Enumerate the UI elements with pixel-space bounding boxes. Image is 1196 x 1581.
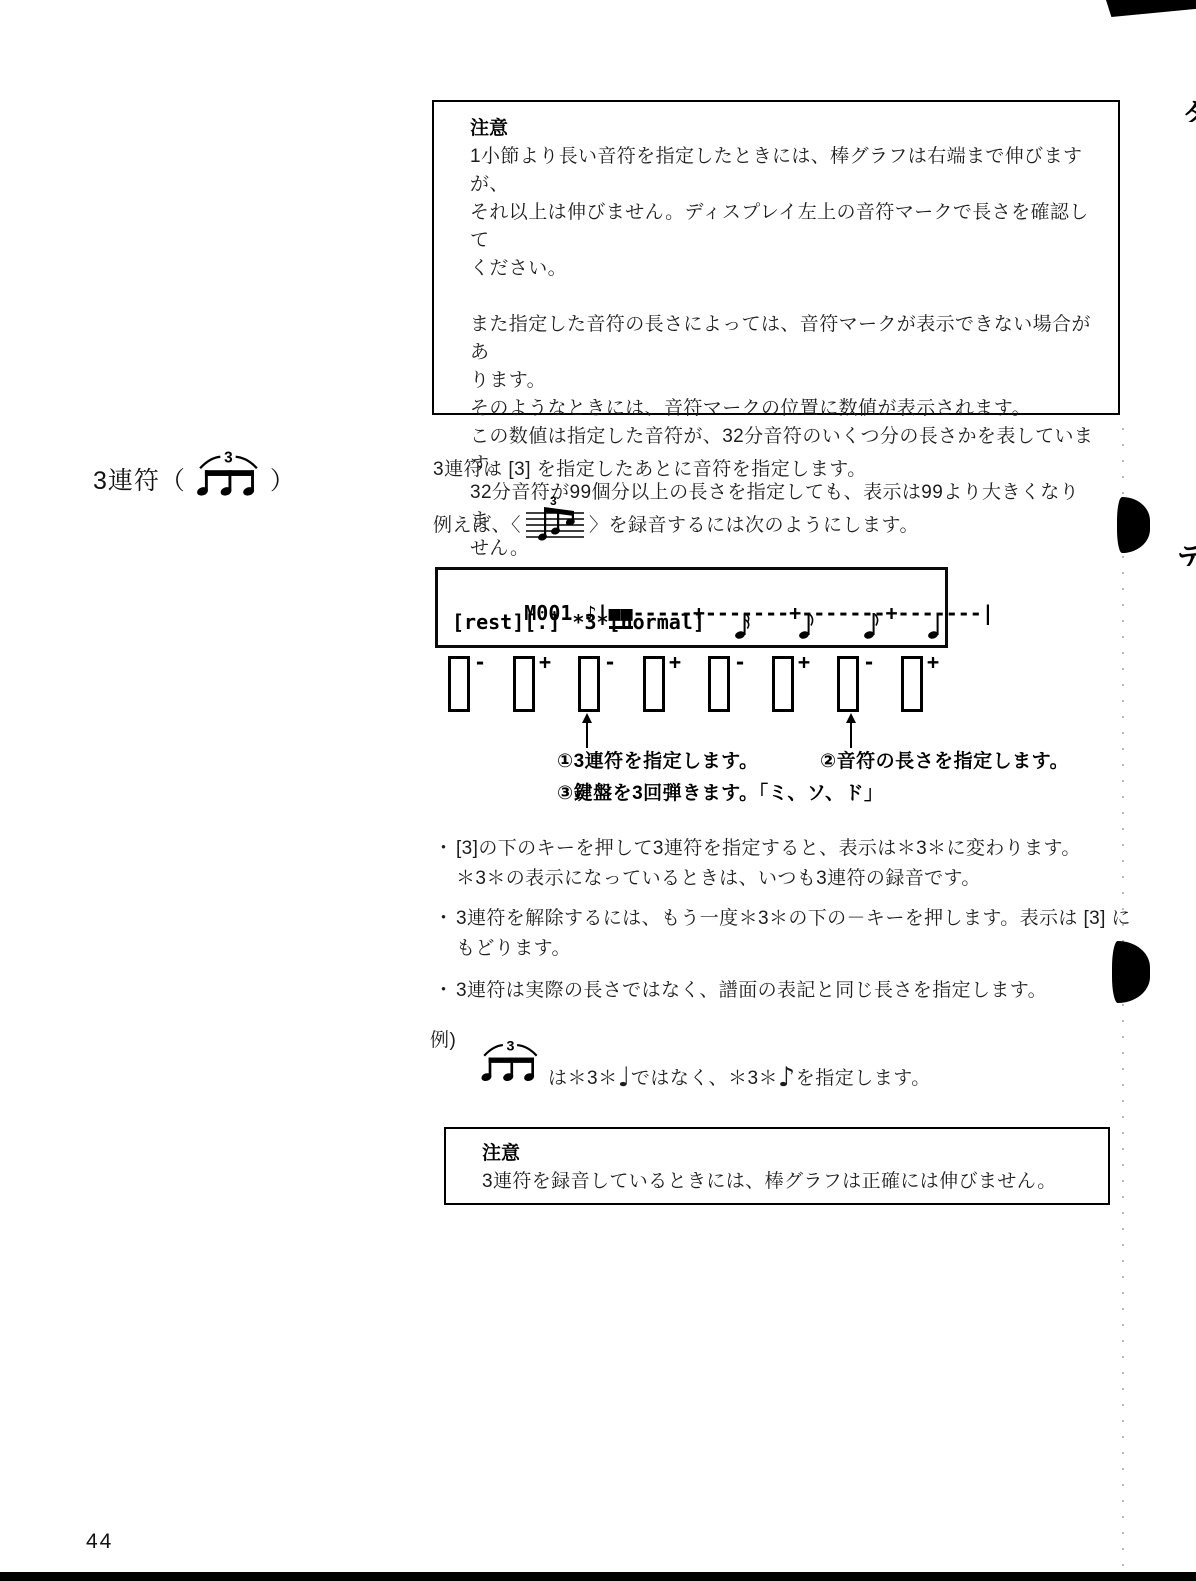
caution-line: それ以上は伸びません。ディスプレイ左上の音符マークで長さを確認して (470, 199, 1096, 255)
key-6-sign: + (798, 650, 810, 674)
lcd-display: M001 ♪|■■-----+-------+-------+-------| … (435, 567, 948, 648)
triplet-figure-icon: 3 (192, 450, 264, 507)
key-7-sign: - (863, 650, 875, 674)
caution-line: そのようなときには、音符マークの位置に数値が表示されます。 (470, 395, 1096, 423)
caution-box-bottom: 注意 3連符を録音しているときには、棒グラフは正確には伸びません。 (444, 1127, 1110, 1205)
example-text: は＊3＊ (548, 1068, 618, 1089)
bullet-line: [3]の下のキーを押して3連符を指定すると、表示は＊3＊に変わります。 (456, 834, 1081, 864)
key-3-sign: - (604, 650, 616, 674)
caution-box-top: 注意 1小節より長い音符を指定したときには、棒グラフは右端まで伸びますが、 それ… (432, 100, 1120, 415)
caution-line: 3連符を録音しているときには、棒グラフは正確には伸びません。 (482, 1168, 1088, 1196)
example-text: を指定します。 (796, 1068, 931, 1089)
example-suffix: 〉を録音するには次のようにします。 (589, 511, 919, 540)
key-4 (643, 656, 665, 712)
caution-line: 1小節より長い音符を指定したときには、棒グラフは右端まで伸びますが、 (470, 143, 1096, 199)
bullet-marker: ・ (434, 904, 456, 964)
scan-artifact-blob (1112, 941, 1150, 1003)
manual-page: 注意 1小節より長い音符を指定したときには、棒グラフは右端まで伸びますが、 それ… (0, 0, 1196, 1581)
example-text: ではなく、＊3＊ (631, 1068, 778, 1089)
bullet-item: ・ 3連符は実際の長さではなく、譜面の表記と同じ長さを指定します。 (434, 976, 1047, 1006)
eighth-note-glyph: ♪ (778, 1062, 796, 1093)
example-sentence: 例えば、〈 3 〉を録音するには次のようにします。 (433, 495, 919, 556)
key-3 (578, 656, 600, 712)
caution-title: 注意 (482, 1139, 1088, 1168)
example-prefix: 例えば、〈 (433, 511, 521, 540)
intro-text: 3連符は [3] を指定したあとに音符を指定します。 (433, 455, 867, 484)
page-number: 44 (86, 1530, 113, 1554)
scan-artifact-blob (1117, 497, 1150, 553)
svg-text:3: 3 (224, 450, 234, 467)
callout-step3: ③鍵盤を3回弾きます。「ミ、ソ、ド」 (557, 778, 884, 805)
key-8-sign: + (927, 650, 939, 674)
key-8 (901, 656, 923, 712)
caution-line: また指定した音符の長さによっては、音符マークが表示できない場合があ (470, 311, 1096, 367)
bullet-line: 3連符は実際の長さではなく、譜面の表記と同じ長さを指定します。 (456, 976, 1047, 1006)
staff-triplet-icon: 3 (524, 495, 586, 556)
sixteenth-note-icon (735, 610, 751, 645)
section-heading-triplet: 3連符（ 3 ） (93, 450, 296, 507)
svg-text:3: 3 (550, 495, 557, 508)
key-6 (772, 656, 794, 712)
bullet-line: ＊3＊の表示になっているときは、いつも3連符の録音です。 (456, 864, 1081, 894)
bullet-item: ・ 3連符を解除するには、もう一度＊3＊の下の－キーを押します。表示は [3] … (434, 904, 1131, 964)
example-label: 例) (430, 1026, 456, 1055)
edge-cut-character: タ (1182, 92, 1196, 122)
quarter-note-glyph: ♩ (618, 1062, 631, 1093)
bullet-line: もどります。 (456, 934, 1131, 964)
eighth-note-icon (864, 610, 880, 645)
svg-text:3: 3 (506, 1038, 514, 1054)
heading-text-close: ） (270, 461, 296, 497)
key-7 (837, 656, 859, 712)
arrow-up-icon (586, 722, 588, 748)
caution-line: ります。 (470, 367, 1096, 395)
callout-step1: ①3連符を指定します。 (557, 746, 759, 773)
eighth-note-icon (799, 610, 815, 645)
lcd-line2: [rest][.] *3*[normal] (452, 610, 705, 634)
arrow-up-icon (850, 722, 852, 748)
triplet-figure-icon: 3 (478, 1036, 542, 1093)
bullet-line: 3連符を解除するには、もう一度＊3＊の下の－キーを押します。表示は [3] に (456, 904, 1131, 934)
caution-line: ください。 (470, 255, 1096, 283)
bullet-item: ・ [3]の下のキーを押して3連符を指定すると、表示は＊3＊に変わります。 ＊3… (434, 834, 1081, 894)
caution-line (470, 283, 1096, 311)
heading-text: 3連符（ (93, 461, 186, 497)
key-5-sign: - (734, 650, 746, 674)
quarter-note-icon (928, 610, 942, 645)
caution-title: 注意 (470, 114, 1096, 143)
bullet-marker: ・ (434, 976, 456, 1006)
key-2-sign: + (539, 650, 551, 674)
edge-cut-character: テ (1176, 534, 1196, 566)
scan-artifact-bottom-bar (0, 1572, 1196, 1581)
key-4-sign: + (669, 650, 681, 674)
callout-step2: ②音符の長さを指定します。 (820, 746, 1069, 773)
bullet-marker: ・ (434, 834, 456, 894)
scan-artifact-corner-wedge (1106, 0, 1196, 17)
example-equation: 3 は＊3＊♩ではなく、＊3＊♪を指定します。 (478, 1036, 931, 1093)
key-1 (448, 656, 470, 712)
key-1-sign: - (474, 650, 486, 674)
key-2 (513, 656, 535, 712)
key-5 (708, 656, 730, 712)
